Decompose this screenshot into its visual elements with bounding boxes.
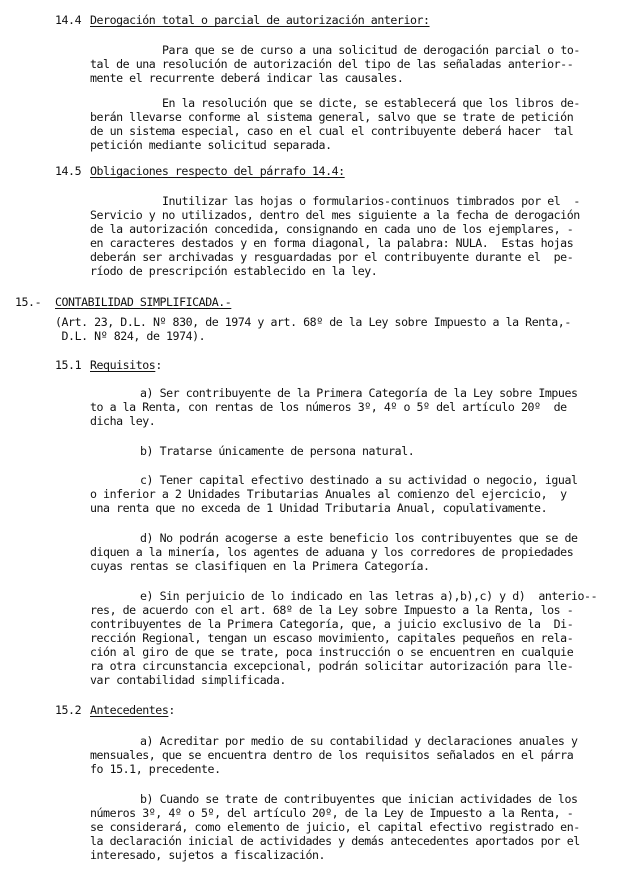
paragraph-line: una renta que no exceda de 1 Unidad Trib…	[90, 501, 547, 515]
paragraph-line: b) Tratarse únicamente de persona natura…	[140, 444, 414, 458]
reference-line: (Art. 23, D.L. Nº 830, de 1974 y art. 68…	[55, 315, 571, 329]
paragraph-line: Inutilizar las hojas o formularios-conti…	[162, 194, 580, 208]
title-colon: :	[155, 358, 162, 372]
paragraph-line: ríodo de prescripción establecido en la …	[90, 264, 377, 278]
paragraph-line: Para que se de curso a una solicitud de …	[162, 43, 580, 57]
section-15-title: CONTABILIDAD SIMPLIFICADA.-	[55, 295, 231, 309]
paragraph-line: mensuales, que se encuentra dentro de lo…	[90, 748, 573, 762]
paragraph-line: deberán ser archivadas y resguardadas po…	[90, 250, 573, 264]
section-15-2-number: 15.2	[55, 703, 81, 717]
paragraph-line: la declaración inicial de actividades y …	[90, 834, 580, 848]
paragraph-line: números 3º, 4º o 5º, del artículo 20º, d…	[90, 806, 573, 820]
paragraph-line: ra otra circunstancia excepcional, podrá…	[90, 659, 573, 673]
paragraph-line: var contabilidad simplificada.	[90, 673, 286, 687]
section-15-1-title: Requisitos	[90, 358, 155, 372]
section-15-1-number: 15.1	[55, 358, 81, 372]
section-15-2-title: Antecedentes	[90, 703, 168, 717]
paragraph-line: se considerará, como elemento de juicio,…	[90, 820, 580, 834]
paragraph-line: contribuyentes de la Primera Categoría, …	[90, 617, 573, 631]
paragraph-line: interesado, sujetos a fiscalización.	[90, 848, 325, 862]
paragraph-line: petición mediante solicitud separada.	[90, 138, 332, 152]
paragraph-line: diquen a la minería, los agentes de adua…	[90, 545, 573, 559]
paragraph-line: o inferior a 2 Unidades Tributarias Anua…	[90, 487, 567, 501]
paragraph-line: berán llevarse conforme al sistema gener…	[90, 110, 573, 124]
paragraph-line: de la autorización concedida, consignand…	[90, 222, 573, 236]
paragraph-line: tal de una resolución de autorización de…	[90, 57, 573, 71]
paragraph-line: cuyas rentas se clasifiquen en la Primer…	[90, 559, 430, 573]
paragraph-line: en caracteres destados y en forma diagon…	[90, 236, 573, 250]
section-14-5-number: 14.5	[55, 164, 81, 178]
paragraph-line: c) Tener capital efectivo destinado a su…	[140, 473, 578, 487]
paragraph-line: a) Ser contribuyente de la Primera Categ…	[140, 386, 578, 400]
reference-line: D.L. Nº 824, de 1974).	[55, 329, 205, 343]
section-15-2-title-wrap: Antecedentes:	[90, 703, 175, 717]
title-colon: :	[168, 703, 175, 717]
paragraph-line: d) No podrán acogerse a este beneficio l…	[140, 531, 578, 545]
paragraph-line: res, de acuerdo con el art. 68º de la Le…	[90, 603, 573, 617]
paragraph-line: Servicio y no utilizados, dentro del mes…	[90, 208, 580, 222]
section-15-1-title-wrap: Requisitos:	[90, 358, 162, 372]
section-14-4-number: 14.4	[55, 13, 81, 27]
section-15-number: 15.-	[15, 295, 41, 309]
paragraph-line: rección Regional, tengan un escaso movim…	[90, 631, 573, 645]
paragraph-line: e) Sin perjuicio de lo indicado en las l…	[140, 589, 597, 603]
paragraph-line: ción al giro de que se trate, poca instr…	[90, 645, 573, 659]
paragraph-line: to a la Renta, con rentas de los números…	[90, 400, 567, 414]
paragraph-line: de un sistema especial, caso en el cual …	[90, 124, 573, 138]
paragraph-line: a) Acreditar por medio de su contabilida…	[140, 734, 578, 748]
section-14-5-title: Obligaciones respecto del párrafo 14.4:	[90, 164, 345, 178]
paragraph-line: b) Cuando se trate de contribuyentes que…	[140, 792, 578, 806]
section-14-4-title: Derogación total o parcial de autorizaci…	[90, 13, 430, 27]
paragraph-line: dicha ley.	[90, 414, 155, 428]
paragraph-line: fo 15.1, precedente.	[90, 762, 221, 776]
paragraph-line: En la resolución que se dicte, se establ…	[162, 96, 580, 110]
paragraph-line: mente el recurrente deberá indicar las c…	[90, 71, 403, 85]
